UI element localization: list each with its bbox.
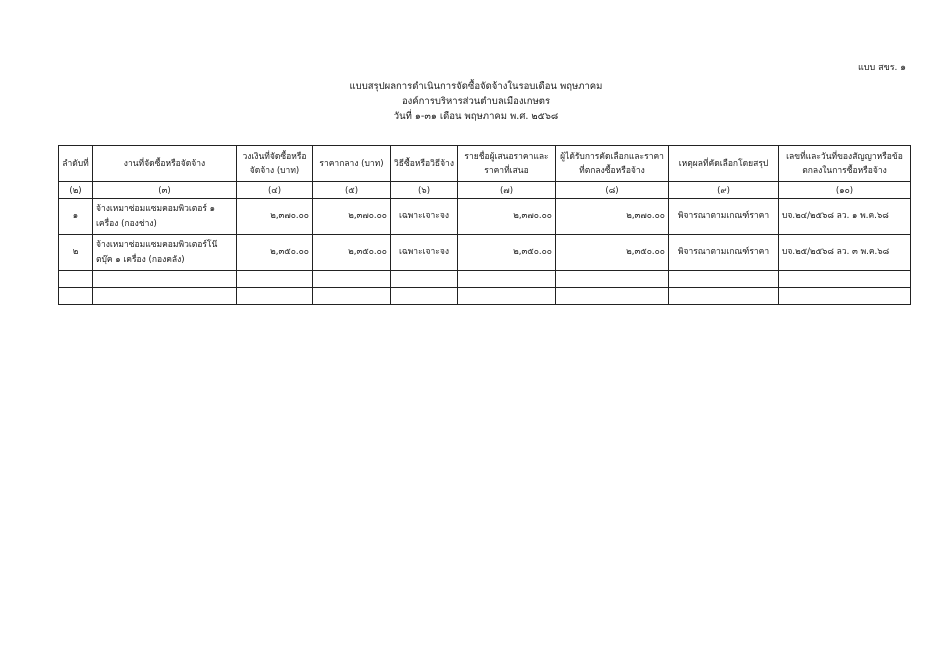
cell-budget: ๒,๓๗๐.๐๐ xyxy=(237,199,313,235)
col-number: (๙) xyxy=(669,182,779,199)
cell-budget: ๒,๓๕๐.๐๐ xyxy=(237,235,313,271)
document-header: แบบสรุปผลการดำเนินการจัดซื้อจัดจ้างในรอบ… xyxy=(0,79,934,124)
empty-row xyxy=(59,271,911,288)
empty-cell xyxy=(779,288,911,305)
report-period: วันที่ ๑-๓๑ เดือน พฤษภาคม พ.ศ. ๒๕๖๘ xyxy=(18,109,934,124)
table-row: ๑ จ้างเหมาซ่อมแซมคอมพิวเตอร์ ๑ เครื่อง (… xyxy=(59,199,911,235)
cell-contract: บจ.๒๔/๒๕๖๘ ลว. ๑ พ.ค.๖๘ xyxy=(779,199,911,235)
empty-cell xyxy=(556,288,669,305)
col-number: (๖) xyxy=(391,182,458,199)
empty-cell xyxy=(669,288,779,305)
col-number: (๑๐) xyxy=(779,182,911,199)
cell-winner: ๒,๓๕๐.๐๐ xyxy=(556,235,669,271)
cell-method: เฉพาะเจาะจง xyxy=(391,235,458,271)
cell-median-price: ๒,๓๕๐.๐๐ xyxy=(313,235,391,271)
form-code: แบบ สขร. ๑ xyxy=(858,60,906,74)
col-header-reason: เหตุผลที่คัดเลือกโดยสรุป xyxy=(669,146,779,182)
col-header-median-price: ราคากลาง (บาท) xyxy=(313,146,391,182)
cell-contract: บจ.๒๕/๒๕๖๘ ลว. ๓ พ.ค.๖๘ xyxy=(779,235,911,271)
organization-name: องค์การบริหารส่วนตำบลเมืองเกษตร xyxy=(18,94,934,109)
col-number: (๒) xyxy=(59,182,93,199)
col-header-item: งานที่จัดซื้อหรือจัดจ้าง xyxy=(93,146,237,182)
empty-cell xyxy=(458,288,556,305)
col-number: (๘) xyxy=(556,182,669,199)
cell-bidders: ๒,๓๗๐.๐๐ xyxy=(458,199,556,235)
col-header-no: ลำดับที่ xyxy=(59,146,93,182)
col-header-budget: วงเงินที่จัดซื้อหรือจัดจ้าง (บาท) xyxy=(237,146,313,182)
cell-bidders: ๒,๓๕๐.๐๐ xyxy=(458,235,556,271)
cell-reason: พิจารณาตามเกณฑ์ราคา xyxy=(669,199,779,235)
empty-cell xyxy=(779,271,911,288)
col-header-winner: ผู้ได้รับการคัดเลือกและราคาที่ตกลงซื้อหร… xyxy=(556,146,669,182)
empty-cell xyxy=(458,271,556,288)
col-number: (๗) xyxy=(458,182,556,199)
col-number: (๓) xyxy=(93,182,237,199)
empty-cell xyxy=(313,288,391,305)
empty-cell xyxy=(391,271,458,288)
cell-item: จ้างเหมาซ่อมแซมคอมพิวเตอร์ ๑ เครื่อง (กอ… xyxy=(93,199,237,235)
cell-no: ๑ xyxy=(59,199,93,235)
empty-cell xyxy=(59,288,93,305)
procurement-summary-table: ลำดับที่ งานที่จัดซื้อหรือจัดจ้าง วงเงิน… xyxy=(58,145,911,305)
cell-method: เฉพาะเจาะจง xyxy=(391,199,458,235)
cell-reason: พิจารณาตามเกณฑ์ราคา xyxy=(669,235,779,271)
column-number-row: (๒) (๓) (๔) (๕) (๖) (๗) (๘) (๙) (๑๐) xyxy=(59,182,911,199)
empty-cell xyxy=(237,288,313,305)
empty-cell xyxy=(93,271,237,288)
empty-cell xyxy=(237,271,313,288)
cell-median-price: ๒,๓๗๐.๐๐ xyxy=(313,199,391,235)
document-title: แบบสรุปผลการดำเนินการจัดซื้อจัดจ้างในรอบ… xyxy=(18,79,934,94)
empty-cell xyxy=(313,271,391,288)
col-header-contract: เลขที่และวันที่ของสัญญาหรือข้อตกลงในการซ… xyxy=(779,146,911,182)
table-row: ๒ จ้างเหมาซ่อมแซมคอมพิวเตอร์โน๊ตบุ๊ค ๑ เ… xyxy=(59,235,911,271)
empty-cell xyxy=(391,288,458,305)
cell-no: ๒ xyxy=(59,235,93,271)
cell-item: จ้างเหมาซ่อมแซมคอมพิวเตอร์โน๊ตบุ๊ค ๑ เคร… xyxy=(93,235,237,271)
empty-cell xyxy=(669,271,779,288)
empty-cell xyxy=(93,288,237,305)
col-number: (๔) xyxy=(237,182,313,199)
empty-row xyxy=(59,288,911,305)
header-row: ลำดับที่ งานที่จัดซื้อหรือจัดจ้าง วงเงิน… xyxy=(59,146,911,182)
col-number: (๕) xyxy=(313,182,391,199)
empty-cell xyxy=(59,271,93,288)
col-header-method: วิธีซื้อหรือวิธีจ้าง xyxy=(391,146,458,182)
empty-cell xyxy=(556,271,669,288)
col-header-bidders: รายชื่อผู้เสนอราคาและราคาที่เสนอ xyxy=(458,146,556,182)
cell-winner: ๒,๓๗๐.๐๐ xyxy=(556,199,669,235)
